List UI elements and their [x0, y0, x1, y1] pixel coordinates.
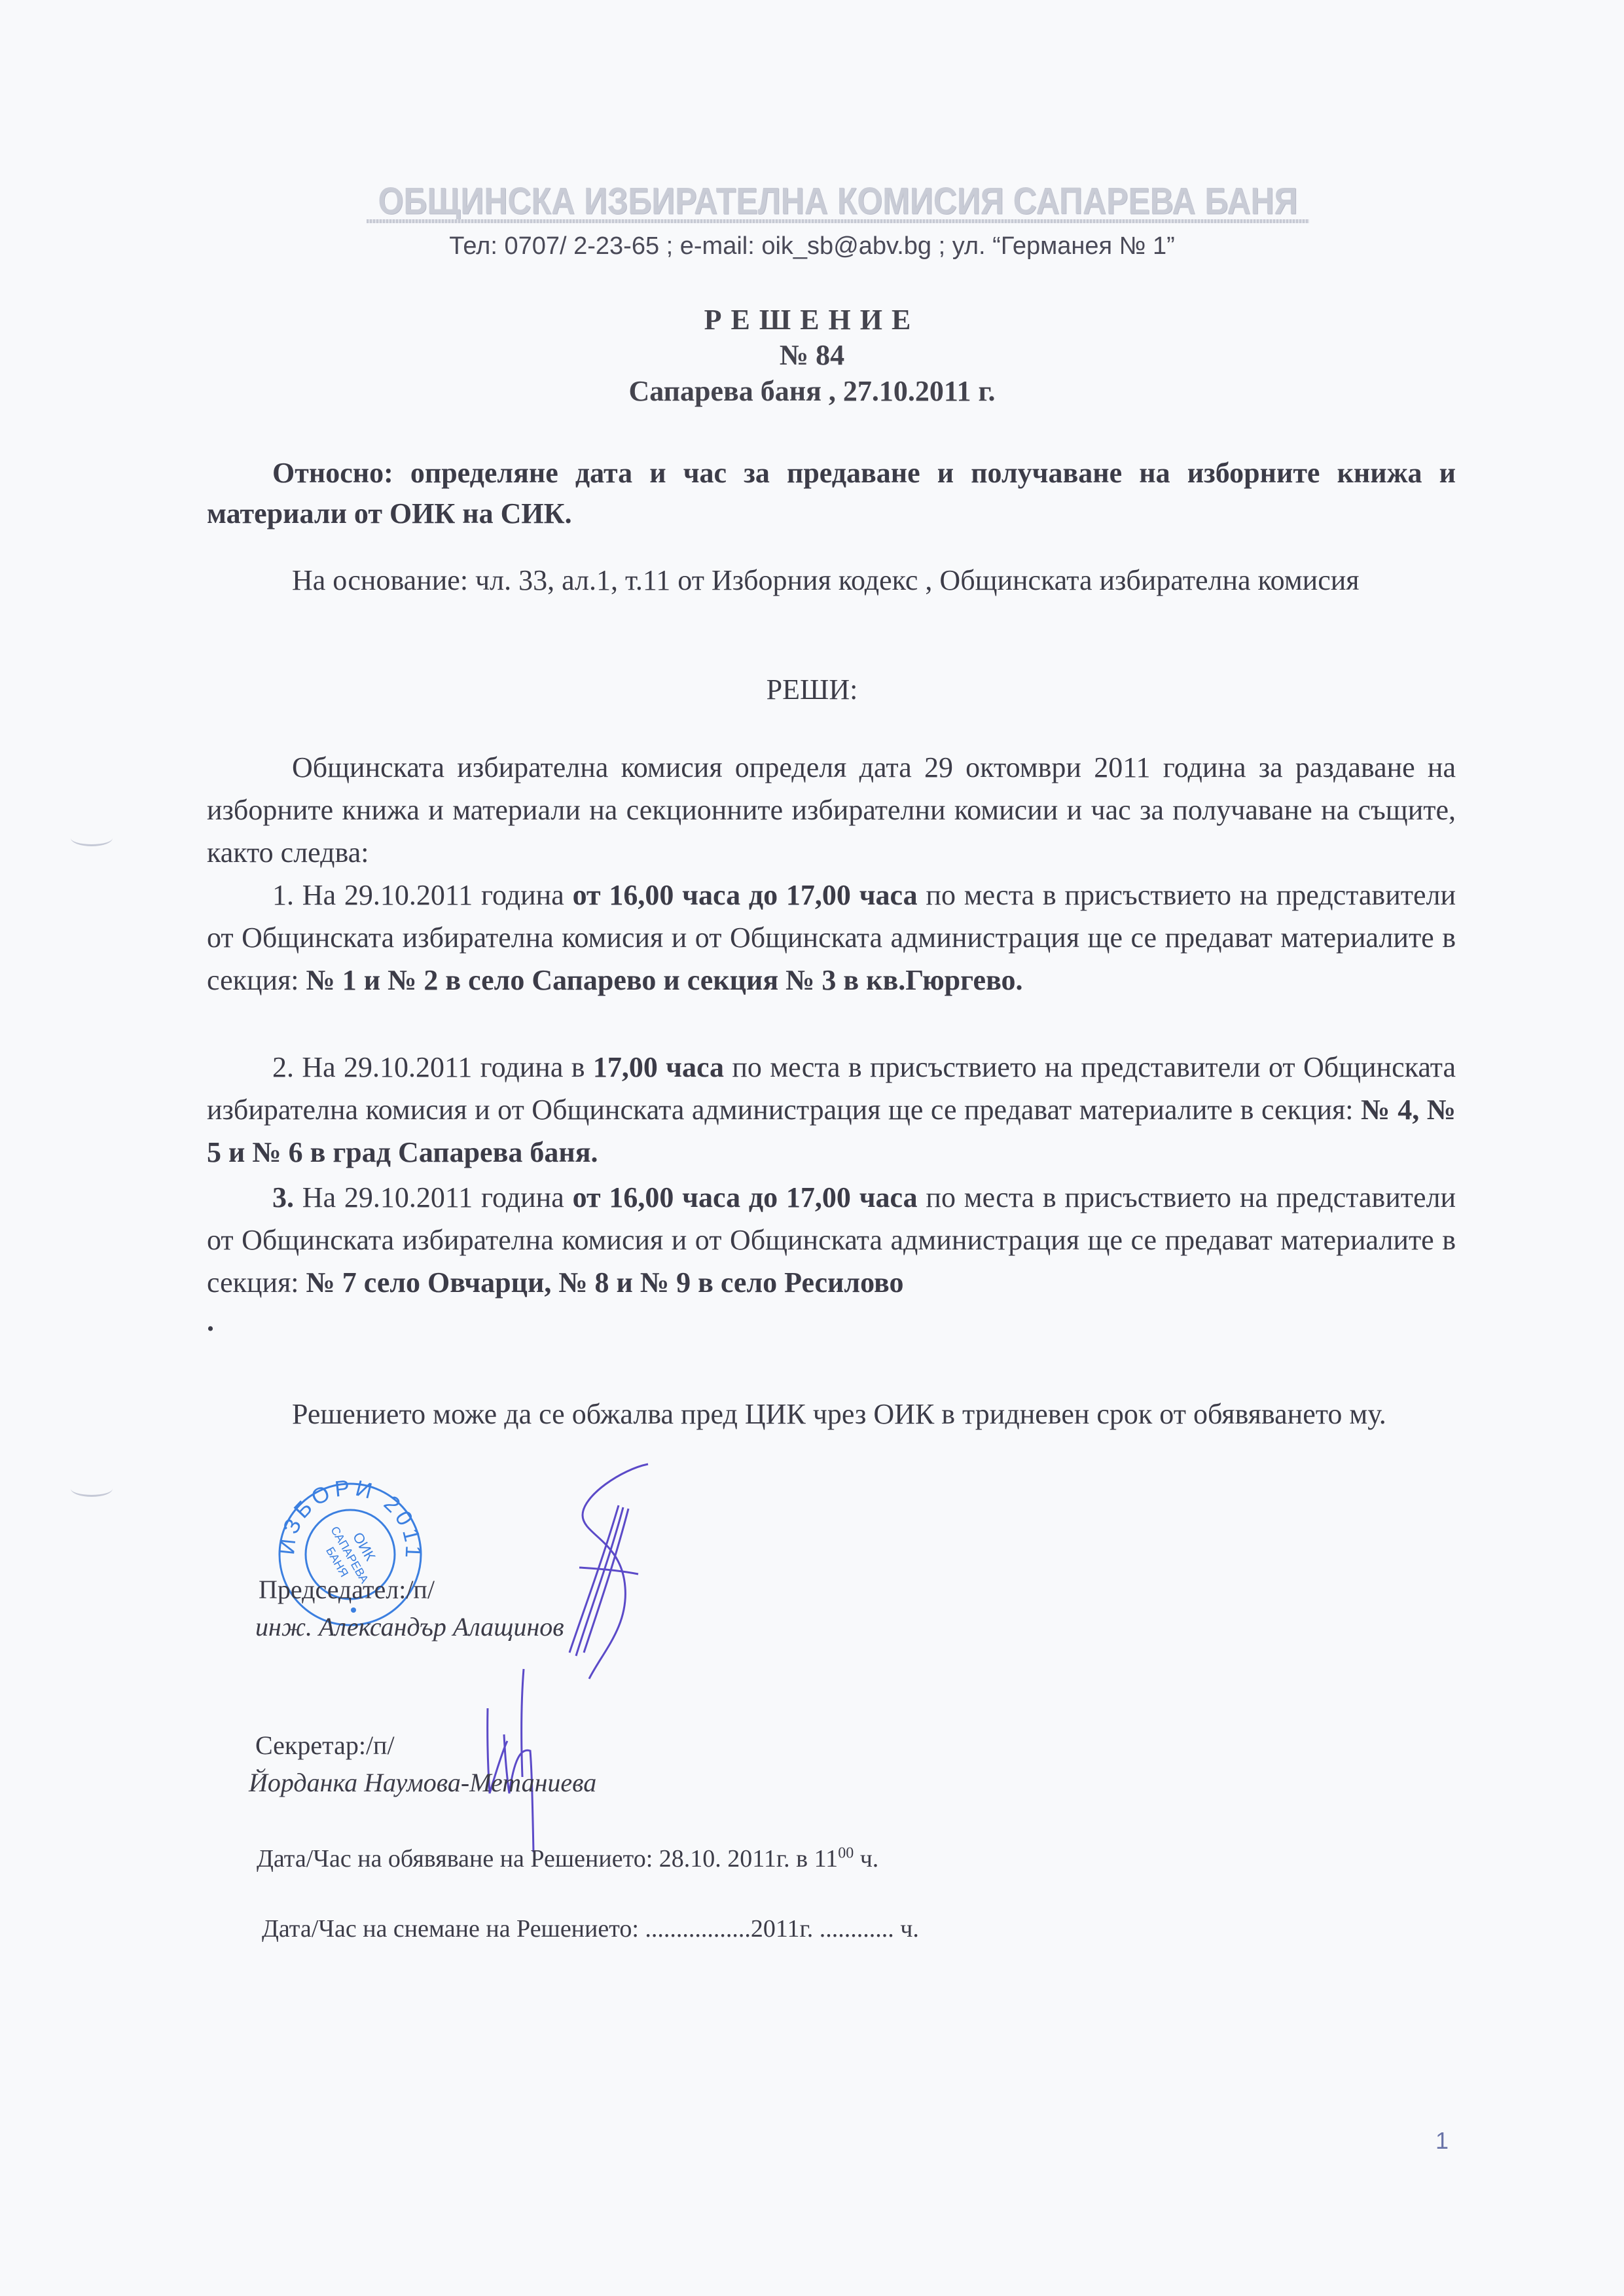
item-number: 1. [272, 879, 294, 911]
subject-text: определяне дата и час за предаване и пол… [207, 457, 1456, 529]
letterhead-org-name: ОБЩИНСКА ИЗБИРАТЕЛНА КОМИСИЯ САПАРЕВА БА… [367, 179, 1309, 223]
item-number: 2. [272, 1051, 294, 1083]
secretary-label: Секретар:/п/ [255, 1730, 395, 1761]
item-text: На 29.10.2011 година [294, 1181, 573, 1213]
contact-text: Тел: 0707/ 2-23-65 ; e-mail: oik_sb@abv.… [449, 232, 1175, 260]
list-item: 2. На 29.10.2011 година в 17,00 часа по … [207, 1046, 1456, 1174]
intro-paragraph: Общинската избирателна комисия определя … [207, 746, 1456, 874]
announced-line: Дата/Час на обявяване на Решението: 28.1… [257, 1844, 878, 1873]
subject-label: Относно: [272, 457, 393, 489]
secretary-name: Йорданка Наумова-Метаниева [249, 1767, 596, 1798]
place-date: Сапарева баня , 27.10.2011 г. [0, 374, 1624, 408]
item-time: от 16,00 часа до 17,00 часа [573, 879, 918, 911]
removed-text: Дата/Час на снемане на Решението: ......… [262, 1915, 919, 1943]
item-sections: № 1 и № 2 в село Сапарево и секция № 3 в… [306, 964, 1023, 996]
decision-number: № 84 [0, 338, 1624, 372]
item-trailing-dot: . [207, 1300, 1456, 1342]
letterhead-contact: Тел: 0707/ 2-23-65 ; e-mail: oik_sb@abv.… [0, 232, 1624, 260]
appeal-text: Решението може да се обжалва пред ЦИК чр… [292, 1398, 1386, 1430]
punch-hole-bottom [71, 1480, 113, 1497]
punch-hole-top [71, 830, 113, 846]
item-time: от 16,00 часа до 17,00 часа [573, 1181, 918, 1213]
page-number: 1 [1435, 2127, 1449, 2155]
chair-label: Председател:/п/ [259, 1574, 435, 1605]
chair-name: инж. Александър Алащинов [255, 1611, 564, 1642]
item-text: На 29.10.2011 година в [294, 1051, 593, 1083]
item-time: 17,00 часа [593, 1051, 724, 1083]
basis-text: На основание: чл. 33, ал.1, т.11 от Избо… [292, 564, 1360, 596]
basis-paragraph: На основание: чл. 33, ал.1, т.11 от Избо… [207, 560, 1456, 601]
item-text: На 29.10.2011 година [294, 879, 573, 911]
list-item: 3. На 29.10.2011 година от 16,00 часа до… [207, 1176, 1456, 1342]
item-sections: № 7 село Овчарци, № 8 и № 9 в село Ресил… [306, 1266, 904, 1299]
list-item: 1. На 29.10.2011 година от 16,00 часа до… [207, 874, 1456, 1001]
announced-suffix: ч. [854, 1845, 878, 1873]
official-stamp: ИЗБОРИ 2011 ОИК САПАРЕВА БАНЯ [275, 1479, 425, 1630]
removed-line: Дата/Час на снемане на Решението: ......… [262, 1914, 919, 1943]
document-title: РЕШЕНИЕ [0, 303, 1624, 336]
letterhead-rule [367, 219, 1309, 223]
announced-text: Дата/Час на обявяване на Решението: 28.1… [257, 1845, 838, 1873]
decides-heading: РЕШИ: [0, 673, 1624, 706]
secretary-signature-icon [458, 1662, 589, 1865]
announced-minutes: 00 [838, 1844, 854, 1861]
appeal-paragraph: Решението може да се обжалва пред ЦИК чр… [207, 1394, 1456, 1435]
item-number: 3. [272, 1181, 294, 1213]
subject-paragraph: Относно: определяне дата и час за предав… [207, 453, 1456, 534]
intro-text: Общинската избирателна комисия определя … [207, 751, 1456, 869]
